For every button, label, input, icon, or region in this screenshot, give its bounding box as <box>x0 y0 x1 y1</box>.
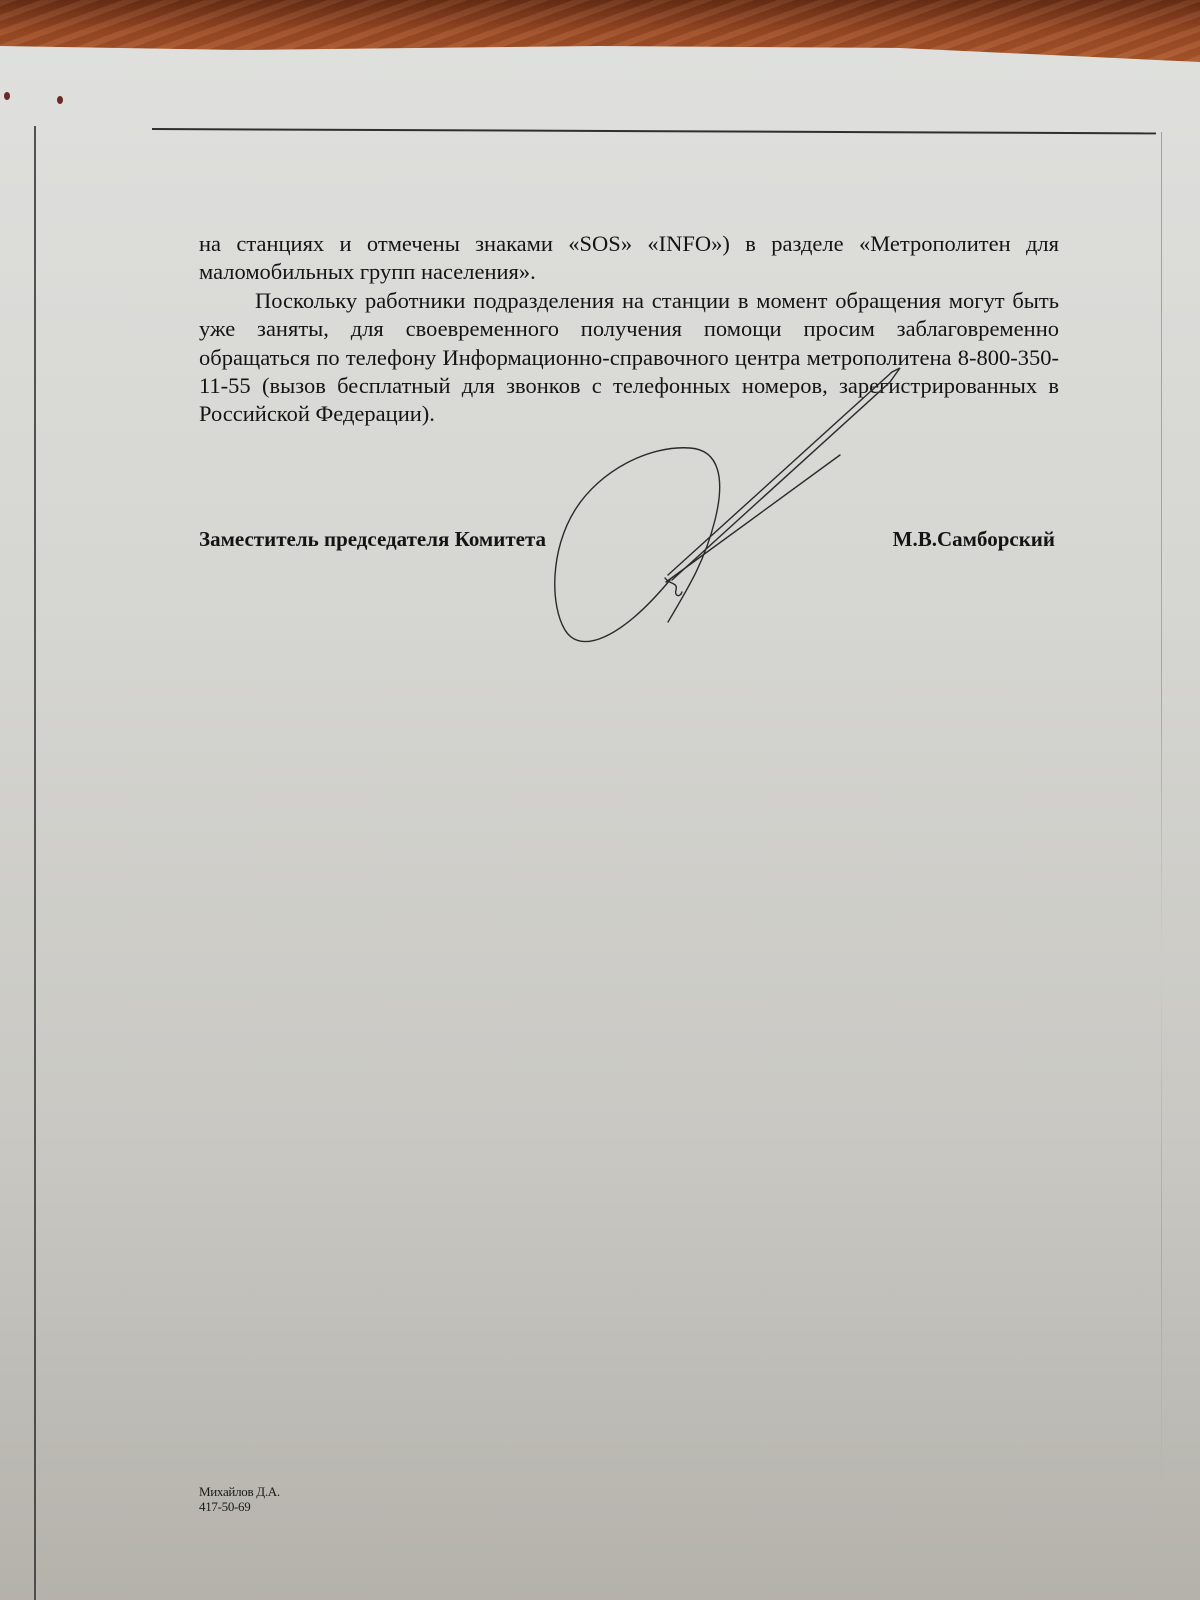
signatory-name: М.В.Самборский <box>893 527 1055 552</box>
executor-info: Михайлов Д.А. 417-50-69 <box>199 1484 280 1514</box>
left-margin-line <box>34 126 36 1600</box>
executor-phone: 417-50-69 <box>199 1499 280 1514</box>
paragraph-continuation: на станциях и отмечены знаками «SOS» «IN… <box>199 230 1059 287</box>
punch-hole-mark <box>4 92 10 100</box>
signature-block: Заместитель председателя Комитета М.В.Са… <box>199 527 1059 552</box>
paragraph-hotline: Поскольку работники подразделения на ста… <box>199 287 1059 429</box>
right-margin-line <box>1161 132 1162 1512</box>
letter-body: на станциях и отмечены знаками «SOS» «IN… <box>199 230 1059 429</box>
executor-name: Михайлов Д.А. <box>199 1484 280 1499</box>
punch-hole-mark <box>57 96 63 104</box>
signatory-position: Заместитель председателя Комитета <box>199 527 546 552</box>
